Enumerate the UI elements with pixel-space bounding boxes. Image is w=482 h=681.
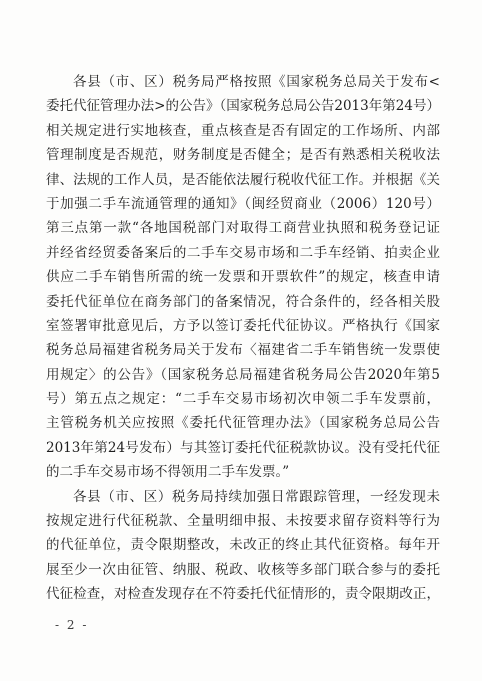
text-line: 的代征单位，责令限期整改，未改正的终止其代征资格。每年开 xyxy=(46,533,440,557)
text-line: 号）第五点之规定：“二手车交易市场初次申领二手车发票前， xyxy=(46,387,440,411)
text-line: 律、法规的工作人员，是否能依法履行税收代征工作。并根据《关 xyxy=(46,168,440,192)
text-line: 供应二手车销售所需的统一发票和开票软件”的规定，核查申请 xyxy=(46,265,440,289)
text-line: 于加强二手车流通管理的通知》（闽经贸商业（2006）120号） xyxy=(46,192,440,216)
body-text: 各县（市、区）税务局严格按照《国家税务总局关于发布< 委托代征管理办法>的公告》… xyxy=(46,70,440,607)
text-line: 各县（市、区）税务局严格按照《国家税务总局关于发布< xyxy=(46,70,440,94)
text-line: 代征检查，对检查发现存在不符委托代征情形的，责令限期改正， xyxy=(46,582,440,606)
document-page: 各县（市、区）税务局严格按照《国家税务总局关于发布< 委托代征管理办法>的公告》… xyxy=(0,0,482,681)
text-line: 室签署审批意见后，方予以签订委托代征协议。严格执行《国家 xyxy=(46,314,440,338)
text-line: 委托代征单位在商务部门的备案情况，符合条件的，经各相关股 xyxy=(46,290,440,314)
text-line: 委托代征管理办法>的公告》（国家税务总局公告2013年第24号） xyxy=(46,94,440,118)
text-line: 用规定〉的公告》（国家税务总局福建省税务局公告2020年第5 xyxy=(46,363,440,387)
text-line: 税务总局福建省税务局关于发布〈福建省二手车销售统一发票使 xyxy=(46,338,440,362)
text-line: 按规定进行代征税款、全量明细申报、未按要求留存资料等行为 xyxy=(46,509,440,533)
text-line: 并经省经贸委备案后的二手车交易市场和二手车经销、拍卖企业 xyxy=(46,241,440,265)
text-line: 管理制度是否规范，财务制度是否健全；是否有熟悉相关税收法 xyxy=(46,143,440,167)
text-line: 第三点第一款“各地国税部门对取得工商营业执照和税务登记证 xyxy=(46,216,440,240)
text-line: 主管税务机关应按照《委托代征管理办法》（国家税务总局公告 xyxy=(46,411,440,435)
text-line: 2013年第24号发布）与其签订委托代征税款协议。没有受托代征 xyxy=(46,436,440,460)
text-line: 的二手车交易市场不得领用二手车发票。” xyxy=(46,460,440,484)
text-line: 相关规定进行实地核查，重点核查是否有固定的工作场所、内部 xyxy=(46,119,440,143)
text-line: 展至少一次由征管、纳服、税政、收核等多部门联合参与的委托 xyxy=(46,558,440,582)
page-number: - 2 - xyxy=(55,617,88,633)
text-line: 各县（市、区）税务局持续加强日常跟踪管理，一经发现未 xyxy=(46,485,440,509)
